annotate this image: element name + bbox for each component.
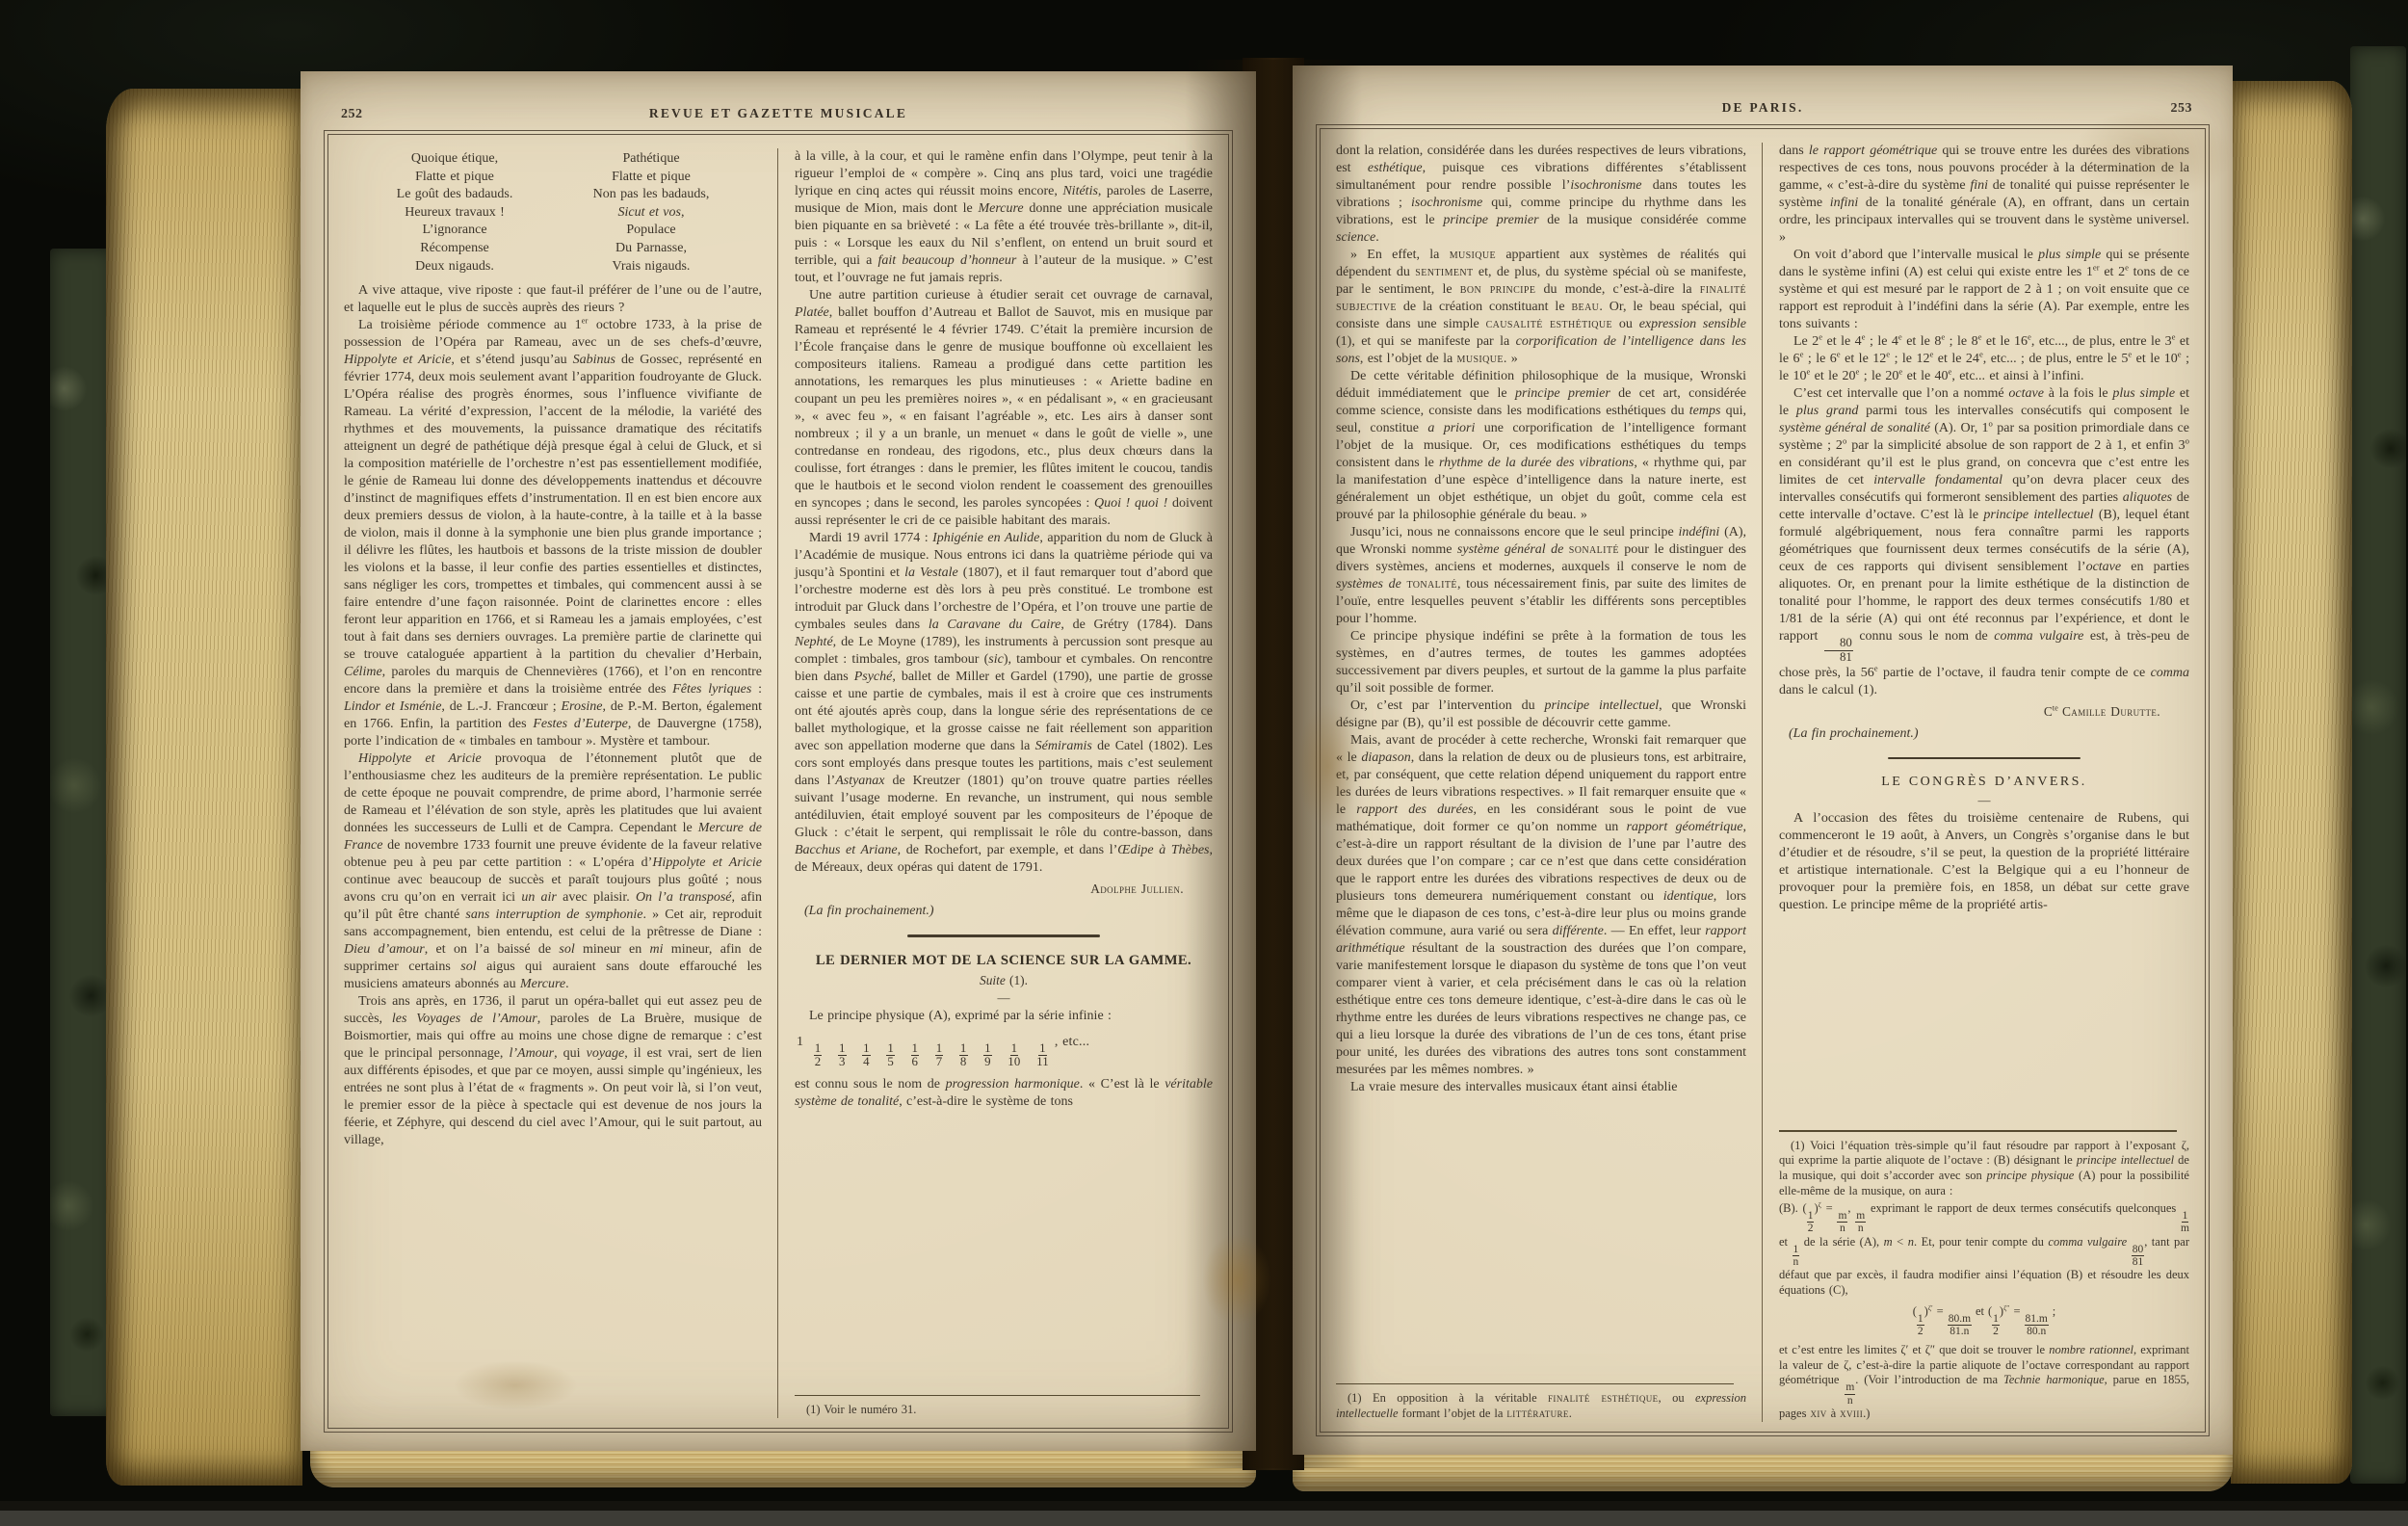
- p: La troisième période commence au 1er oct…: [344, 317, 762, 750]
- verse-couplets: Quoique étique,Flatte et piqueLe goût de…: [356, 150, 749, 276]
- right-page: DE PARIS. 253 dont la relation, considér…: [1293, 66, 2233, 1455]
- harmonic-progression: 1 12 13 14 15 16 17 18 19 110 111, etc..…: [797, 1034, 1211, 1070]
- page-number-right: 253: [2123, 101, 2192, 117]
- p: Trois ans après, en 1736, il parut un op…: [344, 993, 762, 1149]
- article-title-gamme: LE DERNIER MOT DE LA SCIENCE SUR LA GAMM…: [795, 952, 1213, 969]
- p: dans le rapport géométrique qui se trouv…: [1779, 143, 2189, 247]
- footrule: [1779, 1130, 2177, 1131]
- right-page-frame-inner: dont la relation, considérée dans les du…: [1320, 128, 2206, 1433]
- book-cover-right: [2350, 46, 2406, 1484]
- hr: [907, 934, 1100, 937]
- p: » En effet, la musique appartient aux sy…: [1336, 247, 1746, 368]
- lafin: (La fin prochainement.): [804, 903, 1213, 920]
- footnote-equation-b: (B). (12)ζ = mn, mn exprimant le rapport…: [1779, 1201, 2189, 1299]
- page-fore-edge-right: [2231, 81, 2352, 1484]
- p: A vive attaque, vive riposte : que faut-…: [344, 282, 762, 317]
- scanner-bed-shadow: [0, 1501, 2408, 1511]
- p: Le 2e et le 4e ; le 4e et le 8e ; le 8e …: [1779, 333, 2189, 385]
- p: Ce principe physique indéfini se prête à…: [1336, 628, 1746, 697]
- p: De cette véritable définition philosophi…: [1336, 368, 1746, 524]
- p: Mais, avant de procéder à cette recherch…: [1336, 732, 1746, 1079]
- dash: —: [1779, 794, 2189, 806]
- p: C’est cet intervalle que l’on a nommé oc…: [1779, 385, 2189, 699]
- p: On voit d’abord que l’intervalle musical…: [1779, 247, 2189, 333]
- footrule: [1336, 1383, 1734, 1384]
- p: Jusqu’ici, nous ne connaissons encore qu…: [1336, 524, 1746, 628]
- right-page-frame: dont la relation, considérée dans les du…: [1316, 124, 2210, 1436]
- book-cover-left: [50, 249, 114, 1416]
- h2: Suite (1).: [795, 972, 1213, 989]
- p: est connu sous le nom de progression har…: [795, 1076, 1213, 1111]
- p: Une autre partition curieuse à étudier s…: [795, 287, 1213, 530]
- right-page-header: DE PARIS. 253: [1293, 66, 2233, 117]
- fn: et c’est entre les limites ζ′ et ζ″ que …: [1779, 1343, 2189, 1422]
- p: Le principe physique (A), exprimé par la…: [795, 1008, 1213, 1025]
- p: Mardi 19 avril 1774 : Iphigénie en Aulid…: [795, 530, 1213, 877]
- footnote: (1) En opposition à la véritable finalit…: [1336, 1391, 1746, 1422]
- author-signature: Adolphe Jullien.: [795, 881, 1184, 898]
- left-page-column-2: à la ville, à la cour, et qui le ramène …: [777, 148, 1213, 1418]
- left-page: 252 REVUE ET GAZETTE MUSICALE Quoique ét…: [301, 71, 1256, 1451]
- p: A l’occasion des fêtes du troisième cent…: [1779, 810, 2189, 914]
- dash: —: [795, 991, 1213, 1004]
- page-bottom-edge-left: [310, 1447, 1256, 1487]
- left-page-header: 252 REVUE ET GAZETTE MUSICALE: [301, 71, 1256, 122]
- lafin: (La fin prochainement.): [1789, 725, 2189, 743]
- left-page-columns: Quoique étique,Flatte et piqueLe goût de…: [344, 148, 1213, 1418]
- p: La vraie mesure des intervalles musicaux…: [1336, 1079, 1746, 1096]
- right-page-column-1: dont la relation, considérée dans les du…: [1336, 143, 1746, 1422]
- footrule: [795, 1395, 1200, 1396]
- p: à la ville, à la cour, et qui le ramène …: [795, 148, 1213, 287]
- left-page-frame: Quoique étique,Flatte et piqueLe goût de…: [324, 130, 1233, 1433]
- hr: [1888, 757, 2081, 760]
- running-title-right: DE PARIS.: [1402, 100, 2123, 116]
- article-title-anvers: LE CONGRÈS D’ANVERS.: [1779, 774, 2189, 791]
- footnote: (1) Voir le numéro 31.: [795, 1403, 1213, 1418]
- p: Or, c’est par l’intervention du principe…: [1336, 697, 1746, 732]
- running-title-left: REVUE ET GAZETTE MUSICALE: [410, 106, 1146, 121]
- page-number-left: 252: [341, 107, 410, 122]
- left-page-column-1: Quoique étique,Flatte et piqueLe goût de…: [344, 148, 762, 1418]
- scanner-bed-edge: [0, 1511, 2408, 1526]
- footnote-equation-c: (12)ζ′ = 80.m81.n et (12)ζ″ = 81.m80.n ;: [1779, 1303, 2189, 1338]
- right-page-column-2: dans le rapport géométrique qui se trouv…: [1762, 143, 2189, 1422]
- left-page-frame-inner: Quoique étique,Flatte et piqueLe goût de…: [327, 134, 1229, 1429]
- p: Hippolyte et Aricie provoqua de l’étonne…: [344, 750, 762, 993]
- p: dont la relation, considérée dans les du…: [1336, 143, 1746, 247]
- page-fore-edge-left: [106, 89, 302, 1486]
- right-page-columns: dont la relation, considérée dans les du…: [1336, 143, 2189, 1422]
- footnote: (1) Voici l’équation très-simple qu’il f…: [1779, 1139, 2189, 1199]
- page-bottom-edge-right: [1293, 1451, 2233, 1491]
- author-signature: Cte Camille Durutte.: [1779, 703, 2160, 721]
